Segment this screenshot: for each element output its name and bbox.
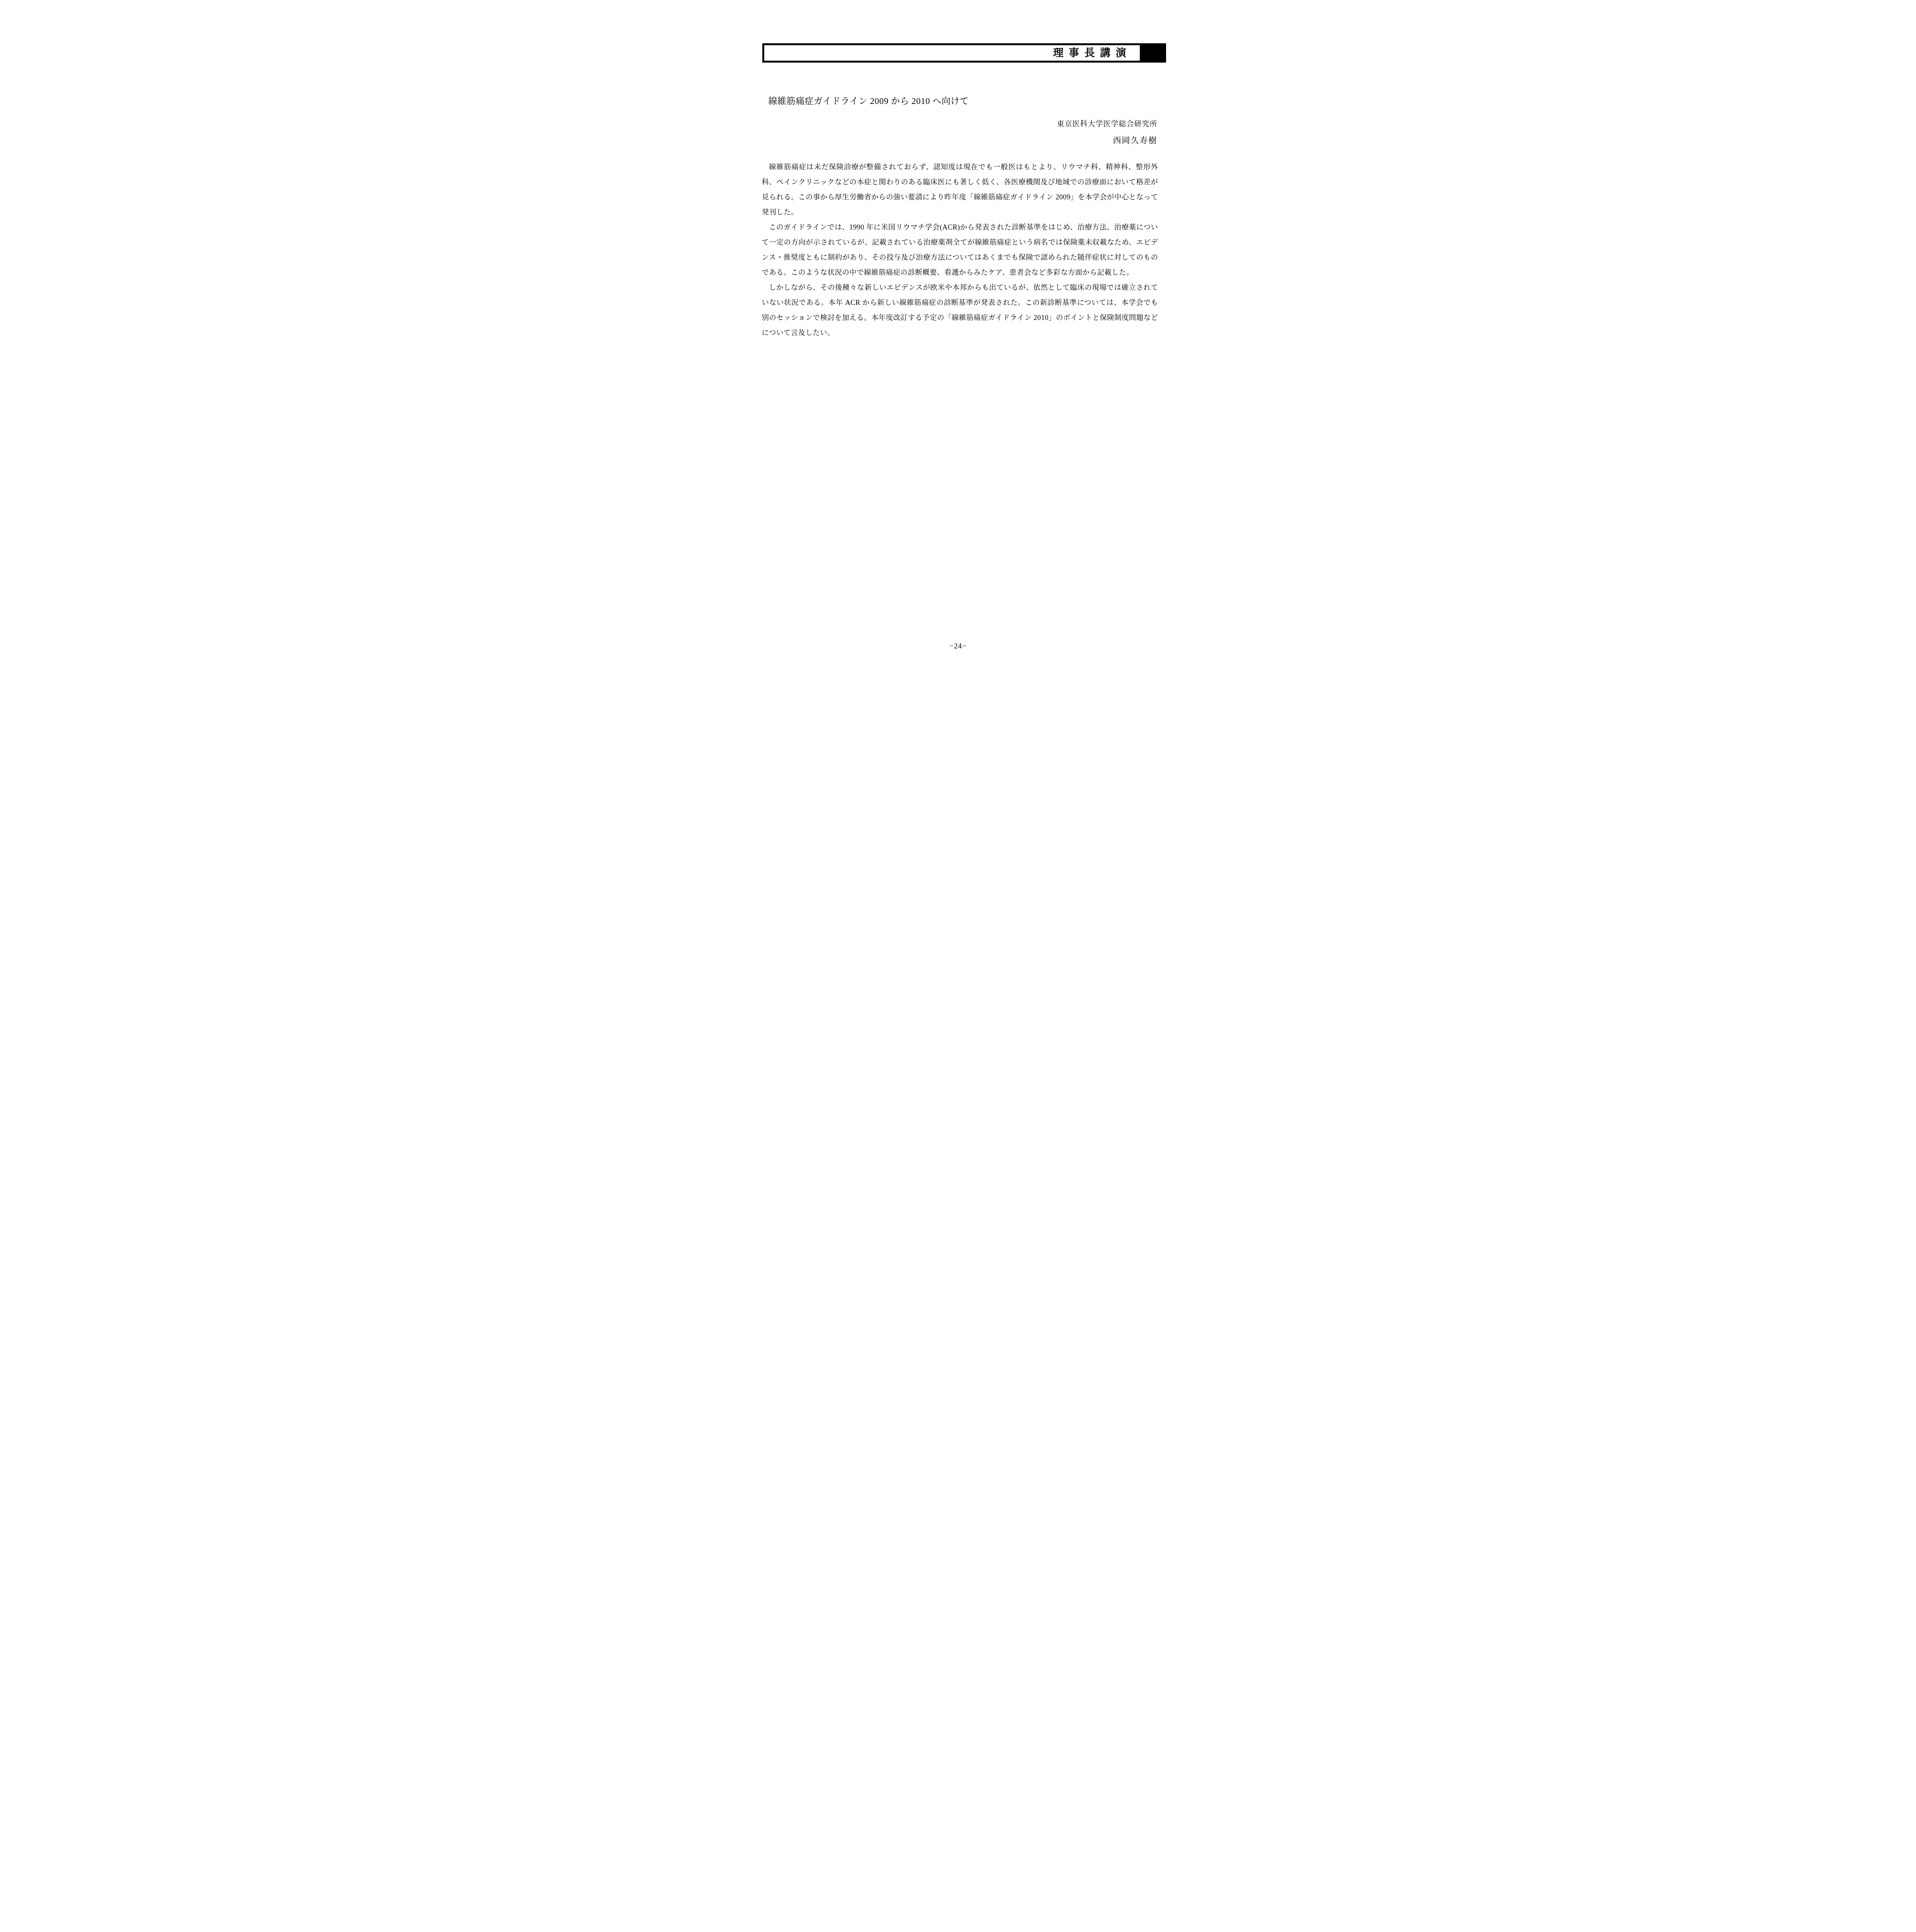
document-page: 理 事 長 講 演 線維筋痛症ガイドライン 2009 から 2010 へ向けて …: [719, 0, 1198, 678]
page-number: −24−: [719, 642, 1198, 651]
lecture-title: 線維筋痛症ガイドライン 2009 から 2010 へ向けて: [768, 94, 969, 107]
byline: 東京医科大学医学総合研究所 西岡久寿樹: [1057, 121, 1157, 145]
section-header-label: 理 事 長 講 演: [1053, 48, 1127, 58]
abstract-body: 線維筋痛症は未だ保険診療が整備されておらず、認知度は現在でも一般医はもとより、リ…: [762, 160, 1158, 341]
header-black-block: [1140, 43, 1166, 63]
author-affiliation: 東京医科大学医学総合研究所: [1057, 121, 1157, 128]
paragraph-1: 線維筋痛症は未だ保険診療が整備されておらず、認知度は現在でも一般医はもとより、リ…: [762, 160, 1158, 220]
section-header-banner: 理 事 長 講 演: [762, 43, 1166, 63]
paragraph-2: このガイドラインでは、1990 年に米国リウマチ学会(ACR)から発表された診断…: [762, 220, 1158, 281]
author-name: 西岡久寿樹: [1057, 136, 1157, 145]
paragraph-3: しかしながら、その後種々な新しいエビデンスが欧米や本邦からも出ているが、依然とし…: [762, 281, 1158, 341]
